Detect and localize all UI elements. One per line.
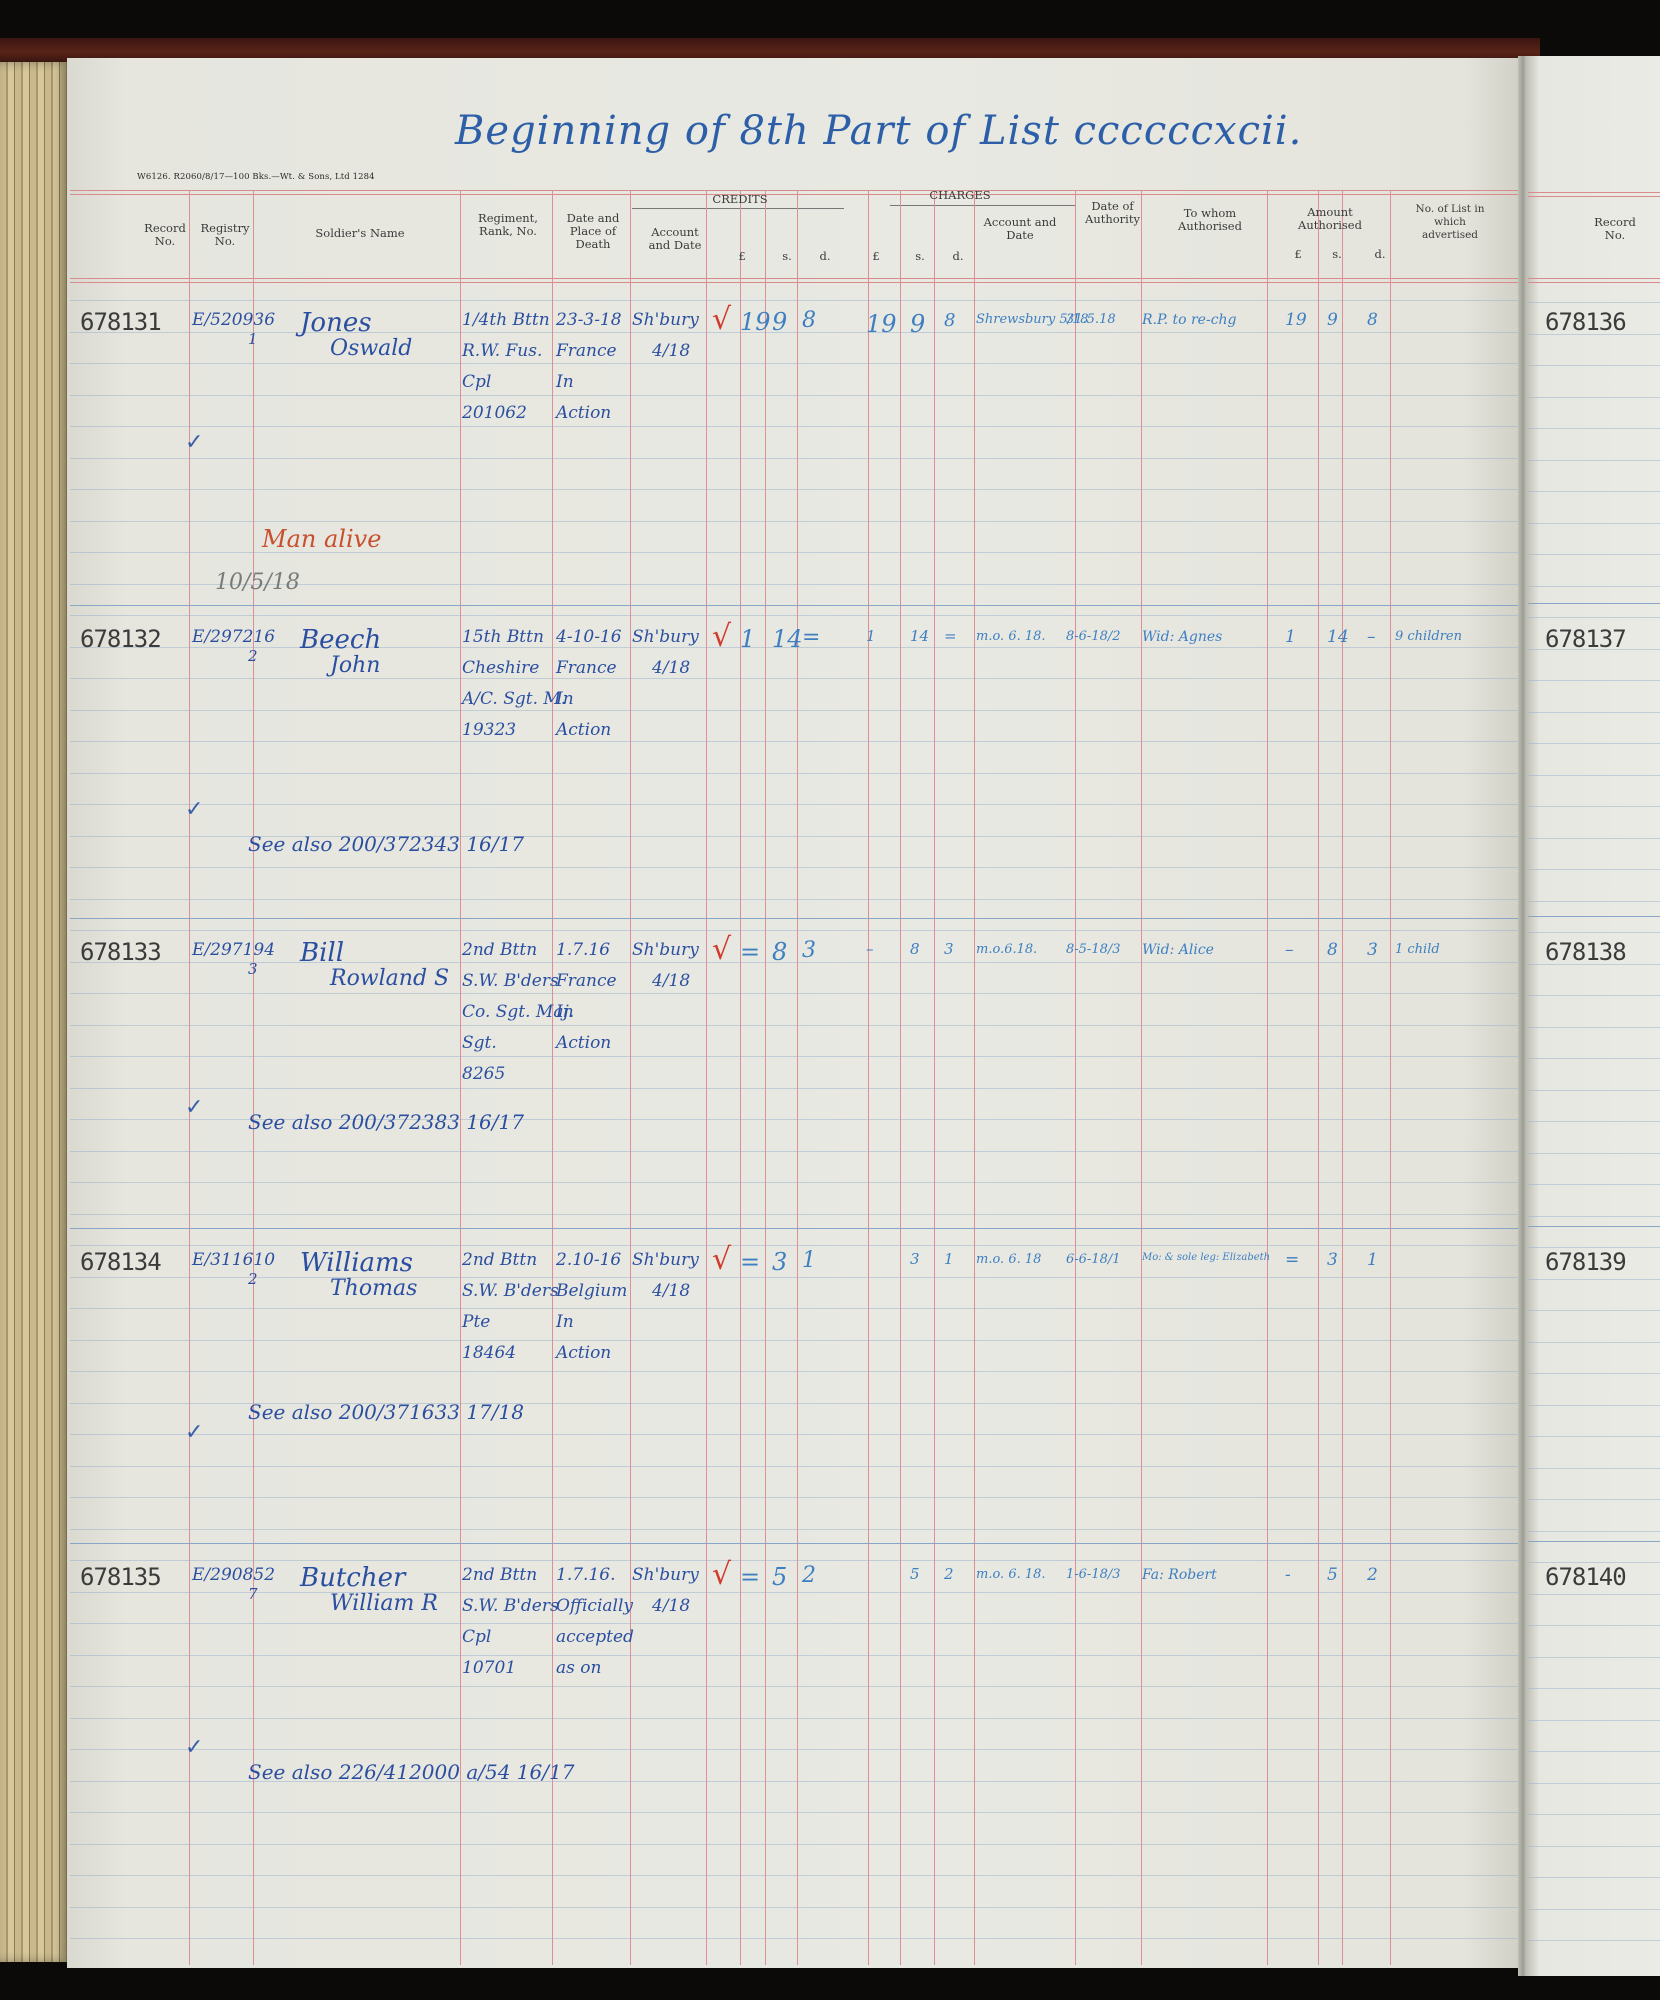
- death-line: Action: [556, 1343, 611, 1363]
- record-no: 678133: [80, 938, 161, 966]
- ruled-line: [70, 1938, 1518, 1939]
- regiment-line: S.W. B'ders: [462, 1281, 559, 1301]
- charge-shillings: 14: [910, 627, 929, 645]
- credit-account: Sh'bury: [632, 1250, 699, 1270]
- charge-pence: =: [944, 627, 957, 645]
- credit-pence: 3: [802, 938, 816, 963]
- ruled-line: [70, 426, 1518, 427]
- credit-shillings: 5: [772, 1563, 787, 1591]
- ruled-line: [70, 1497, 1518, 1498]
- ruled-line: [70, 1655, 1518, 1656]
- margin-check-icon: ✓: [185, 797, 203, 822]
- regiment-line: Cheshire: [462, 658, 539, 678]
- soldier-forename: Thomas: [330, 1276, 417, 1301]
- ruled-line: [1528, 1877, 1660, 1878]
- ruled-line: [1528, 1405, 1660, 1406]
- column-rule: [189, 190, 190, 1965]
- ruled-line: [70, 1812, 1518, 1813]
- regiment-line: Sgt.: [462, 1033, 497, 1053]
- charge-account: m.o. 6. 18.: [976, 1567, 1046, 1582]
- credit-pence: 8: [802, 308, 816, 333]
- ruled-line: [1528, 491, 1660, 492]
- ruled-line: [70, 1308, 1518, 1309]
- header-date-place-death: Date and Place of Death: [556, 212, 630, 251]
- header-charge-pound: £: [866, 250, 886, 263]
- charge-pence: 3: [944, 940, 954, 958]
- ruled-line: [1528, 1468, 1660, 1469]
- soldier-surname: Williams: [300, 1248, 413, 1278]
- column-rule: [552, 190, 553, 1965]
- regiment-line: 15th Bttn: [462, 627, 544, 647]
- header-credit-pence: d.: [815, 250, 835, 263]
- regiment-line: 2nd Bttn: [462, 940, 537, 960]
- credit-check-icon: √: [712, 619, 731, 654]
- column-rule: [630, 190, 631, 1965]
- date-of-authority: 31.5.18: [1066, 312, 1116, 327]
- ruled-line: [1528, 1531, 1660, 1532]
- header-charge-account: Account and Date: [980, 216, 1060, 242]
- regiment-line: Cpl: [462, 372, 491, 392]
- regiment-line: Cpl: [462, 1627, 491, 1647]
- column-rule: [1390, 190, 1391, 1965]
- regiment-line: 10701: [462, 1658, 516, 1678]
- header-rule: [1528, 278, 1660, 279]
- registry-sub: 2: [248, 1270, 258, 1288]
- ruled-line: [1528, 1058, 1660, 1059]
- soldier-forename: John: [330, 653, 380, 678]
- authorised-shillings: 3: [1327, 1250, 1338, 1270]
- death-line: 23-3-18: [556, 310, 622, 330]
- column-rule: [1318, 190, 1319, 1965]
- entry-separator: [1528, 1226, 1660, 1227]
- ruled-line: [70, 1875, 1518, 1876]
- ruled-line: [1528, 838, 1660, 839]
- ruled-line: [1528, 523, 1660, 524]
- column-rule: [974, 190, 975, 1965]
- ruled-line: [1528, 1279, 1660, 1280]
- credit-pounds: =: [740, 1563, 760, 1591]
- man-alive-note: Man alive: [262, 525, 381, 553]
- registry-sub: 7: [248, 1585, 258, 1603]
- ruled-line: [70, 1151, 1518, 1152]
- header-auth-pound: £: [1288, 248, 1308, 261]
- charge-shillings: 9: [910, 310, 925, 338]
- see-also-note: See also 200/372343 16/17: [248, 832, 524, 856]
- credit-shillings: 14: [772, 625, 803, 653]
- header-credit-account: Account and Date: [640, 226, 710, 252]
- column-rule: [253, 190, 254, 1965]
- registry-no: E/311610: [192, 1250, 275, 1270]
- header-soldiers-name: Soldier's Name: [260, 227, 460, 240]
- margin-check-icon: ✓: [185, 1095, 203, 1120]
- ruled-line: [1528, 1342, 1660, 1343]
- ruled-line: [70, 1466, 1518, 1467]
- ruled-line: [1528, 1814, 1660, 1815]
- ruled-line: [1528, 1909, 1660, 1910]
- header-to-whom: To whom Authorised: [1160, 207, 1260, 233]
- record-no: 678134: [80, 1248, 161, 1276]
- header-right-record-no: Record No.: [1590, 216, 1640, 242]
- list-part-heading: Beginning of 8th Part of List ccccccxcii…: [455, 108, 1302, 154]
- ruled-line: [70, 678, 1518, 679]
- ruled-line: [1528, 397, 1660, 398]
- margin-check-icon: ✓: [185, 1735, 203, 1760]
- ruled-line: [1528, 1625, 1660, 1626]
- death-line: France: [556, 341, 617, 361]
- date-of-authority: 8-5-18/3: [1066, 942, 1121, 957]
- regiment-line: S.W. B'ders: [462, 1596, 559, 1616]
- authorised-pounds: 1: [1285, 627, 1296, 647]
- credit-pence: 1: [802, 1248, 816, 1273]
- column-rule: [765, 190, 766, 1965]
- authorised-pence: 3: [1367, 940, 1378, 960]
- entry-separator: [1528, 1541, 1660, 1542]
- credit-pounds: 19: [740, 308, 771, 336]
- page-edges-stack: [0, 62, 68, 1962]
- ruled-line: [70, 930, 1518, 931]
- header-charge-shilling: s.: [910, 250, 930, 263]
- entry-separator: [70, 1228, 1518, 1229]
- ruled-line: [1528, 775, 1660, 776]
- charge-pence: 1: [944, 1250, 954, 1268]
- regiment-line: Pte: [462, 1312, 490, 1332]
- ruled-line: [70, 1560, 1518, 1561]
- ruled-line: [70, 1844, 1518, 1845]
- credits-underline: [632, 208, 844, 209]
- ruled-line: [1528, 1688, 1660, 1689]
- ruled-line: [70, 1529, 1518, 1530]
- credit-pounds: =: [740, 938, 760, 966]
- column-rule: [1141, 190, 1142, 1965]
- ruled-line: [1528, 995, 1660, 996]
- ruled-line: [1528, 1373, 1660, 1374]
- date-of-authority: 8-6-18/2: [1066, 629, 1121, 644]
- registry-no: E/290852: [192, 1565, 275, 1585]
- ruled-line: [70, 1371, 1518, 1372]
- header-rule: [70, 190, 1518, 191]
- death-line: 2.10-16: [556, 1250, 621, 1270]
- ruled-line: [1528, 365, 1660, 366]
- charge-pence: 2: [944, 1565, 954, 1583]
- entry-separator: [70, 605, 1518, 606]
- entry-separator: [1528, 916, 1660, 917]
- header-auth-shilling: s.: [1327, 248, 1347, 261]
- facing-record-no: 678138: [1545, 938, 1626, 966]
- ruled-line: [1528, 1499, 1660, 1500]
- entry-separator: [70, 918, 1518, 919]
- authorised-shillings: 5: [1327, 1565, 1338, 1585]
- registry-no: E/297194: [192, 940, 275, 960]
- column-rule: [797, 190, 798, 1965]
- date-of-authority: 1-6-18/3: [1066, 1567, 1121, 1582]
- soldier-surname: Beech: [300, 625, 381, 655]
- ruled-line: [1528, 1751, 1660, 1752]
- death-line: 4-10-16: [556, 627, 622, 647]
- regiment-line: S.W. B'ders: [462, 971, 559, 991]
- ruled-line: [1528, 586, 1660, 587]
- facing-record-no: 678140: [1545, 1563, 1626, 1591]
- ruled-line: [1528, 554, 1660, 555]
- facing-record-no: 678137: [1545, 625, 1626, 653]
- ruled-line: [70, 395, 1518, 396]
- charge-pounds: –: [866, 940, 874, 958]
- authorised-pounds: 19: [1285, 310, 1307, 330]
- header-credits: CREDITS: [640, 193, 840, 206]
- authorised-to: R.P. to re-chg: [1142, 312, 1237, 328]
- credit-pounds: 1: [740, 625, 755, 653]
- ruled-line: [70, 1025, 1518, 1026]
- charges-underline: [890, 205, 1076, 206]
- regiment-line: 1/4th Bttn: [462, 310, 550, 330]
- credit-account: Sh'bury: [632, 940, 699, 960]
- ruled-line: [70, 899, 1518, 900]
- column-rule: [460, 190, 461, 1965]
- ruled-line: [70, 1434, 1518, 1435]
- ruled-line: [1528, 1940, 1660, 1941]
- ruled-line: [70, 1907, 1518, 1908]
- credit-account: Sh'bury: [632, 1565, 699, 1585]
- ruled-line: [1528, 1121, 1660, 1122]
- charge-shillings: 3: [910, 1250, 920, 1268]
- death-line: Officially: [556, 1596, 633, 1616]
- regiment-line: 19323: [462, 720, 516, 740]
- soldier-forename: Rowland S: [330, 966, 449, 991]
- authorised-to: Fa: Robert: [1142, 1567, 1217, 1583]
- ruled-line: [70, 1340, 1518, 1341]
- registry-sub: 2: [248, 647, 258, 665]
- charge-account: m.o. 6. 18.: [976, 629, 1046, 644]
- header-rule: [1528, 192, 1660, 193]
- column-rule: [1342, 190, 1343, 1965]
- record-no: 678131: [80, 308, 161, 336]
- ruled-line: [70, 710, 1518, 711]
- header-registry-no: Registry No.: [197, 222, 253, 248]
- death-line: 1.7.16.: [556, 1565, 615, 1585]
- authorised-pence: 1: [1367, 1250, 1378, 1270]
- death-line: accepted: [556, 1627, 634, 1647]
- ruled-line: [1528, 1184, 1660, 1185]
- ruled-line: [70, 458, 1518, 459]
- credit-shillings: 8: [772, 938, 787, 966]
- ruled-line: [1528, 806, 1660, 807]
- credit-shillings: 3: [772, 1248, 787, 1276]
- ruled-line: [1528, 1846, 1660, 1847]
- ruled-line: [1528, 1720, 1660, 1721]
- ruled-line: [70, 300, 1518, 301]
- header-rule: [1528, 282, 1660, 283]
- authorised-shillings: 14: [1327, 627, 1349, 647]
- ruled-line: [70, 1056, 1518, 1057]
- registry-sub: 3: [248, 960, 258, 978]
- ruled-line: [70, 993, 1518, 994]
- ledger-page: [67, 58, 1522, 1968]
- record-no: 678135: [80, 1563, 161, 1591]
- credit-shillings: 9: [772, 308, 787, 336]
- credit-check-icon: √: [712, 1242, 731, 1277]
- death-line: France: [556, 658, 617, 678]
- credit-account: 4/18: [652, 658, 690, 678]
- ruled-line: [70, 521, 1518, 522]
- soldier-surname: Butcher: [300, 1563, 405, 1593]
- regiment-line: 2nd Bttn: [462, 1565, 537, 1585]
- death-line: In: [556, 1312, 574, 1332]
- printer-imprint: W6126. R2060/8/17—100 Bks.—Wt. & Sons, L…: [137, 172, 375, 182]
- ruled-line: [1528, 617, 1660, 618]
- date-of-authority: 6-6-18/1: [1066, 1252, 1121, 1267]
- column-rule: [868, 190, 869, 1965]
- charge-account: m.o.6.18.: [976, 942, 1037, 957]
- ruled-line: [70, 332, 1518, 333]
- ruled-line: [1528, 1216, 1660, 1217]
- column-rule: [706, 190, 707, 1965]
- ruled-line: [70, 1214, 1518, 1215]
- death-line: In: [556, 1002, 574, 1022]
- ruled-line: [1528, 1594, 1660, 1595]
- ruled-line: [1528, 1153, 1660, 1154]
- authorised-pence: –: [1367, 627, 1376, 647]
- ruled-line: [1528, 1090, 1660, 1091]
- column-rule: [900, 190, 901, 1965]
- facing-record-no: 678139: [1545, 1248, 1626, 1276]
- authorised-shillings: 9: [1327, 310, 1338, 330]
- ruled-line: [1528, 743, 1660, 744]
- ruled-line: [70, 741, 1518, 742]
- ruled-line: [70, 1182, 1518, 1183]
- death-line: Action: [556, 403, 611, 423]
- soldier-surname: Bill: [300, 938, 344, 968]
- header-rule: [70, 282, 1518, 283]
- ruled-line: [70, 489, 1518, 490]
- ruled-line: [70, 1749, 1518, 1750]
- death-line: 1.7.16: [556, 940, 610, 960]
- charge-shillings: 8: [910, 940, 920, 958]
- see-also-note: See also 200/371633 17/18: [248, 1400, 524, 1424]
- header-credit-shilling: s.: [777, 250, 797, 263]
- header-auth-pence: d.: [1370, 248, 1390, 261]
- ruled-line: [1528, 869, 1660, 870]
- registry-sub: 1: [248, 330, 258, 348]
- facing-record-no: 678136: [1545, 308, 1626, 336]
- ruled-line: [1528, 302, 1660, 303]
- ruled-line: [70, 1718, 1518, 1719]
- header-date-authority: Date of Authority: [1070, 200, 1155, 226]
- soldier-surname: Jones: [300, 308, 372, 338]
- registry-no: E/520936: [192, 310, 275, 330]
- header-charges: CHARGES: [880, 189, 1040, 202]
- death-line: Action: [556, 1033, 611, 1053]
- charge-pounds: 1: [866, 627, 876, 645]
- ruled-line: [70, 363, 1518, 364]
- ruled-line: [70, 1623, 1518, 1624]
- regiment-line: R.W. Fus.: [462, 341, 542, 361]
- authorised-pence: 8: [1367, 310, 1378, 330]
- regiment-line: 201062: [462, 403, 527, 423]
- margin-check-icon: ✓: [185, 430, 203, 455]
- charge-account: m.o. 6. 18: [976, 1252, 1041, 1267]
- ruled-line: [1528, 1436, 1660, 1437]
- see-also-note: See also 200/372383 16/17: [248, 1110, 524, 1134]
- ruled-line: [70, 1592, 1518, 1593]
- ruled-line: [1528, 901, 1660, 902]
- credit-account: 4/18: [652, 971, 690, 991]
- regiment-line: 18464: [462, 1343, 516, 1363]
- entry-separator: [1528, 603, 1660, 604]
- credit-account: Sh'bury: [632, 627, 699, 647]
- credit-pounds: =: [740, 1248, 760, 1276]
- ruled-line: [70, 1686, 1518, 1687]
- authorised-to: Wid: Agnes: [1142, 629, 1222, 645]
- ruled-line: [1528, 1657, 1660, 1658]
- column-rule: [1267, 190, 1268, 1965]
- ruled-line: [1528, 1310, 1660, 1311]
- death-line: In: [556, 372, 574, 392]
- header-charge-pence: d.: [948, 250, 968, 263]
- ruled-line: [1528, 1783, 1660, 1784]
- header-amount-authorised: Amount Authorised: [1285, 206, 1375, 232]
- ruled-line: [1528, 1027, 1660, 1028]
- column-rule: [740, 190, 741, 1965]
- authorised-pounds: –: [1285, 940, 1294, 960]
- record-no: 678132: [80, 625, 161, 653]
- regiment-line: 8265: [462, 1064, 505, 1084]
- header-rule: [70, 278, 1518, 279]
- registry-no: E/297216: [192, 627, 275, 647]
- ruled-line: [1528, 932, 1660, 933]
- authorised-pounds: =: [1285, 1250, 1299, 1270]
- credit-account: 4/18: [652, 341, 690, 361]
- death-line: as on: [556, 1658, 601, 1678]
- margin-check-icon: ✓: [185, 1420, 203, 1445]
- death-line: France: [556, 971, 617, 991]
- header-credit-pound: £: [732, 250, 752, 263]
- charge-pounds: 19: [866, 310, 897, 338]
- authorised-pence: 2: [1367, 1565, 1378, 1585]
- ruled-line: [1528, 428, 1660, 429]
- regiment-line: A/C. Sgt. M.: [462, 689, 566, 709]
- credit-pence: 2: [802, 1563, 816, 1588]
- ruled-line: [70, 962, 1518, 963]
- authorised-pounds: -: [1285, 1565, 1291, 1585]
- ruled-line: [1528, 460, 1660, 461]
- authorised-to: Mo: & sole leg: Elizabeth: [1142, 1252, 1270, 1263]
- ruled-line: [70, 773, 1518, 774]
- ruled-line: [70, 1088, 1518, 1089]
- ruled-line: [70, 804, 1518, 805]
- list-note: 9 children: [1395, 629, 1462, 644]
- header-regiment: Regiment, Rank, No.: [468, 212, 548, 238]
- credit-check-icon: √: [712, 932, 731, 967]
- ruled-line: [70, 1277, 1518, 1278]
- pencil-date-note: 10/5/18: [215, 570, 300, 595]
- regiment-line: 2nd Bttn: [462, 1250, 537, 1270]
- authorised-to: Wid: Alice: [1142, 942, 1214, 958]
- credit-account: Sh'bury: [632, 310, 699, 330]
- death-line: Belgium: [556, 1281, 627, 1301]
- column-rule: [1075, 190, 1076, 1965]
- credit-check-icon: √: [712, 302, 731, 337]
- header-no-of-list: No. of List in which advertised: [1405, 203, 1495, 242]
- credit-pence: =: [802, 625, 820, 650]
- death-line: Action: [556, 720, 611, 740]
- death-line: In: [556, 689, 574, 709]
- entry-separator: [70, 1543, 1518, 1544]
- ruled-line: [1528, 680, 1660, 681]
- credit-account: 4/18: [652, 1281, 690, 1301]
- header-rule: [1528, 196, 1660, 197]
- soldier-forename: William R: [330, 1591, 438, 1616]
- header-record-no: Record No.: [140, 222, 190, 248]
- ruled-line: [70, 867, 1518, 868]
